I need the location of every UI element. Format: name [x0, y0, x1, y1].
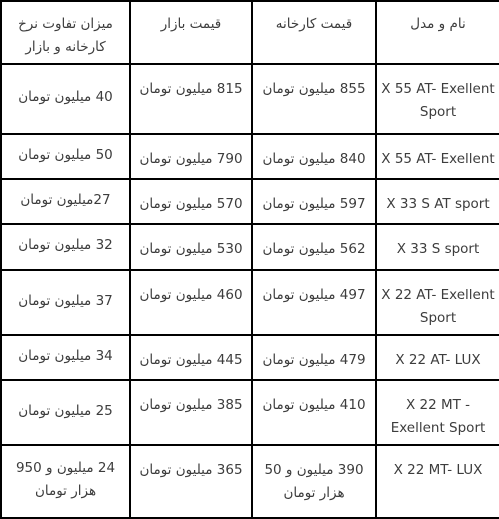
cell-market-price: 445 میلیون تومان: [130, 335, 252, 380]
cell-name: X 33 S sport: [376, 224, 499, 270]
cell-market-price: 790 میلیون تومان: [130, 134, 252, 179]
cell-name: X 55 AT- Exellent: [376, 134, 499, 179]
cell-market-price: 815 میلیون تومان: [130, 64, 252, 134]
cell-diff: 25 میلیون تومان: [1, 380, 130, 445]
table-row: X 22 AT- Exellent Sport497 میلیون تومان4…: [1, 270, 499, 335]
cell-diff: 27میلیون تومان: [1, 179, 130, 224]
cell-market-price: 570 میلیون تومان: [130, 179, 252, 224]
table-row: X 55 AT- Exellent840 میلیون تومان790 میل…: [1, 134, 499, 179]
table-body: X 55 AT- Exellent Sport855 میلیون تومان8…: [1, 64, 499, 518]
cell-name: X 33 S AT sport: [376, 179, 499, 224]
column-header-price-diff: میزان تفاوت نرخ کارخانه و بازار: [1, 1, 130, 64]
cell-factory-price: 390 میلیون و 50 هزار تومان: [252, 445, 376, 518]
car-price-table: نام و مدل قیمت کارخانه قیمت بازار میزان …: [0, 0, 499, 519]
cell-diff: 50 میلیون تومان: [1, 134, 130, 179]
table-row: X 33 S sport562 میلیون تومان530 میلیون ت…: [1, 224, 499, 270]
table-row: X 22 MT- LUX390 میلیون و 50 هزار تومان36…: [1, 445, 499, 518]
column-header-factory-price: قیمت کارخانه: [252, 1, 376, 64]
table-row: X 22 MT - Exellent Sport410 میلیون تومان…: [1, 380, 499, 445]
cell-name: X 22 AT- Exellent Sport: [376, 270, 499, 335]
cell-factory-price: 497 میلیون تومان: [252, 270, 376, 335]
cell-diff: 37 میلیون تومان: [1, 270, 130, 335]
cell-factory-price: 597 میلیون تومان: [252, 179, 376, 224]
column-header-name: نام و مدل: [376, 1, 499, 64]
cell-diff: 24 میلیون و 950 هزار تومان: [1, 445, 130, 518]
column-header-market-price: قیمت بازار: [130, 1, 252, 64]
table-header: نام و مدل قیمت کارخانه قیمت بازار میزان …: [1, 1, 499, 64]
cell-market-price: 385 میلیون تومان: [130, 380, 252, 445]
cell-factory-price: 855 میلیون تومان: [252, 64, 376, 134]
cell-name: X 22 AT- LUX: [376, 335, 499, 380]
cell-diff: 32 میلیون تومان: [1, 224, 130, 270]
table-row: X 33 S AT sport597 میلیون تومان570 میلیو…: [1, 179, 499, 224]
cell-name: X 22 MT- LUX: [376, 445, 499, 518]
cell-market-price: 365 میلیون تومان: [130, 445, 252, 518]
header-row: نام و مدل قیمت کارخانه قیمت بازار میزان …: [1, 1, 499, 64]
cell-name: X 55 AT- Exellent Sport: [376, 64, 499, 134]
table-row: X 55 AT- Exellent Sport855 میلیون تومان8…: [1, 64, 499, 134]
cell-factory-price: 479 میلیون تومان: [252, 335, 376, 380]
cell-factory-price: 562 میلیون تومان: [252, 224, 376, 270]
cell-diff: 40 میلیون تومان: [1, 64, 130, 134]
table-row: X 22 AT- LUX479 میلیون تومان445 میلیون ت…: [1, 335, 499, 380]
cell-market-price: 530 میلیون تومان: [130, 224, 252, 270]
cell-factory-price: 410 میلیون تومان: [252, 380, 376, 445]
cell-factory-price: 840 میلیون تومان: [252, 134, 376, 179]
cell-name: X 22 MT - Exellent Sport: [376, 380, 499, 445]
cell-market-price: 460 میلیون تومان: [130, 270, 252, 335]
cell-diff: 34 میلیون تومان: [1, 335, 130, 380]
